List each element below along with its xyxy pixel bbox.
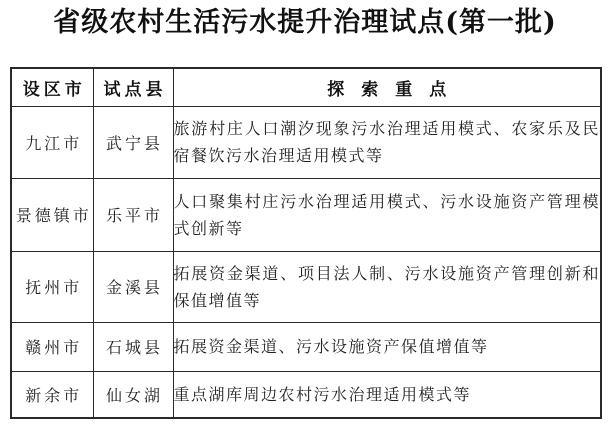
cell-focus: 拓展资金渠道、污水设施资产保值增值等 — [173, 322, 601, 371]
table-header-row: 设区市 试点县 探索重点 — [11, 68, 601, 106]
cell-city: 景德镇市 — [11, 178, 93, 251]
col-header-county: 试点县 — [93, 68, 173, 106]
cell-county: 金溪县 — [93, 251, 173, 322]
cell-city: 赣州市 — [11, 322, 93, 371]
page-title: 省级农村生活污水提升治理试点(第一批) — [0, 6, 610, 40]
table-row: 新余市 仙女湖 重点湖库周边农村污水治理适用模式等 — [11, 371, 601, 418]
table-row: 赣州市 石城县 拓展资金渠道、污水设施资产保值增值等 — [11, 322, 601, 371]
cell-county: 乐平市 — [93, 178, 173, 251]
table-row: 景德镇市 乐平市 人口聚集村庄污水治理适用模式、污水设施资产管理模式创新等 — [11, 178, 601, 251]
cell-county: 武宁县 — [93, 106, 173, 178]
pilot-table: 设区市 试点县 探索重点 九江市 武宁县 旅游村庄人口潮汐现象污水治理适用模式、… — [10, 67, 602, 419]
cell-county: 石城县 — [93, 322, 173, 371]
document-page: 省级农村生活污水提升治理试点(第一批) 设区市 试点县 探索重点 九江市 武宁县… — [0, 0, 610, 432]
col-header-focus: 探索重点 — [173, 68, 601, 106]
cell-focus: 人口聚集村庄污水治理适用模式、污水设施资产管理模式创新等 — [173, 178, 601, 251]
cell-city: 九江市 — [11, 106, 93, 178]
cell-focus: 拓展资金渠道、项目法人制、污水设施资产管理创新和保值增值等 — [173, 251, 601, 322]
col-header-city: 设区市 — [11, 68, 93, 106]
cell-focus: 旅游村庄人口潮汐现象污水治理适用模式、农家乐及民宿餐饮污水治理适用模式等 — [173, 106, 601, 178]
table-row: 抚州市 金溪县 拓展资金渠道、项目法人制、污水设施资产管理创新和保值增值等 — [11, 251, 601, 322]
cell-focus: 重点湖库周边农村污水治理适用模式等 — [173, 371, 601, 418]
table-row: 九江市 武宁县 旅游村庄人口潮汐现象污水治理适用模式、农家乐及民宿餐饮污水治理适… — [11, 106, 601, 178]
cell-city: 新余市 — [11, 371, 93, 418]
cell-county: 仙女湖 — [93, 371, 173, 418]
cell-city: 抚州市 — [11, 251, 93, 322]
